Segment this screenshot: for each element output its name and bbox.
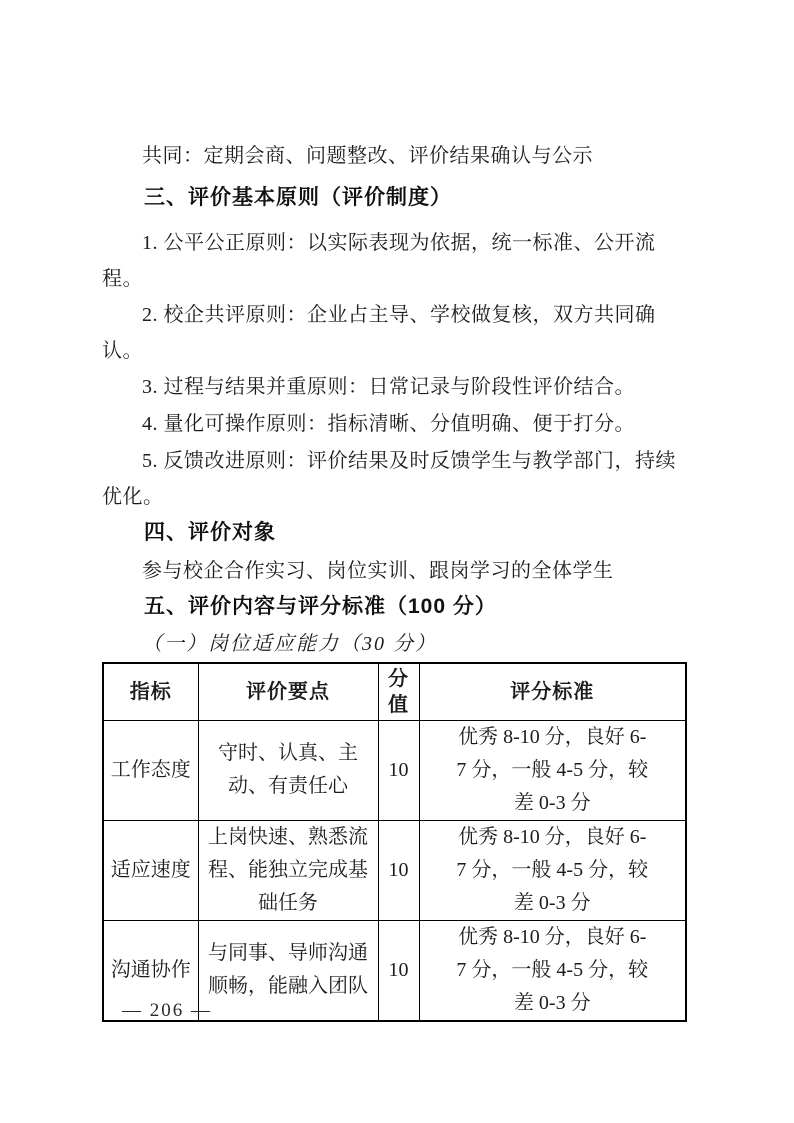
paragraph-principle-3: 3. 过程与结果并重原则：日常记录与阶段性评价结合。 — [102, 369, 692, 405]
paragraph-principle-4: 4. 量化可操作原则：指标清晰、分值明确、便于打分。 — [102, 406, 692, 442]
cell-scoring-standard: 优秀 8-10 分，良好 6- 7 分，一般 4-5 分，较 差 0-3 分 — [419, 720, 686, 820]
cell-indicator: 工作态度 — [103, 720, 198, 820]
section-heading-5-criteria: 五、评价内容与评分标准（100 分） — [102, 589, 692, 625]
cell-score-value: 10 — [378, 820, 419, 920]
page-number: — 206 — — [122, 1000, 212, 1022]
paragraph-evaluation-targets: 参与校企合作实习、岗位实训、跟岗学习的全体学生 — [102, 553, 692, 589]
cell-scoring-standard: 优秀 8-10 分，良好 6- 7 分，一般 4-5 分，较 差 0-3 分 — [419, 820, 686, 920]
document-page: 共同：定期会商、问题整改、评价结果确认与公示 三、评价基本原则（评价制度） 1.… — [0, 0, 794, 1123]
cell-indicator: 适应速度 — [103, 820, 198, 920]
paragraph-principle-5: 5. 反馈改进原则：评价结果及时反馈学生与教学部门，持续 优化。 — [102, 443, 692, 515]
table-row: 工作态度 守时、认真、主 动、有责任心 10 优秀 8-10 分，良好 6- 7… — [103, 720, 686, 820]
column-header-scoring-standard: 评分标准 — [419, 663, 686, 720]
cell-evaluation-points: 上岗快速、熟悉流 程、能独立完成基 础任务 — [198, 820, 378, 920]
cell-evaluation-points: 与同事、导师沟通 顺畅，能融入团队 — [198, 920, 378, 1021]
table-header-row: 指标 评价要点 分值 评分标准 — [103, 663, 686, 720]
cell-scoring-standard: 优秀 8-10 分，良好 6- 7 分，一般 4-5 分，较 差 0-3 分 — [419, 920, 686, 1021]
evaluation-score-table: 指标 评价要点 分值 评分标准 工作态度 守时、认真、主 动、有责任心 10 优… — [102, 662, 687, 1022]
document-content: 共同：定期会商、问题整改、评价结果确认与公示 三、评价基本原则（评价制度） 1.… — [102, 138, 692, 1022]
table-row: 适应速度 上岗快速、熟悉流 程、能独立完成基 础任务 10 优秀 8-10 分，… — [103, 820, 686, 920]
column-header-evaluation-points: 评价要点 — [198, 663, 378, 720]
paragraph-joint-duties: 共同：定期会商、问题整改、评价结果确认与公示 — [102, 138, 692, 174]
cell-score-value: 10 — [378, 920, 419, 1021]
paragraph-principle-1: 1. 公平公正原则：以实际表现为依据，统一标准、公开流程。 — [102, 225, 692, 297]
section-heading-4-targets: 四、评价对象 — [102, 515, 692, 551]
subsection-heading-job-adaptability: （一）岗位适应能力（30 分） — [102, 626, 692, 662]
section-heading-3-principles: 三、评价基本原则（评价制度） — [102, 180, 692, 216]
paragraph-principle-2: 2. 校企共评原则：企业占主导、学校做复核，双方共同确认。 — [102, 297, 692, 369]
column-header-score-value: 分值 — [378, 663, 419, 720]
column-header-indicator: 指标 — [103, 663, 198, 720]
cell-score-value: 10 — [378, 720, 419, 820]
cell-evaluation-points: 守时、认真、主 动、有责任心 — [198, 720, 378, 820]
